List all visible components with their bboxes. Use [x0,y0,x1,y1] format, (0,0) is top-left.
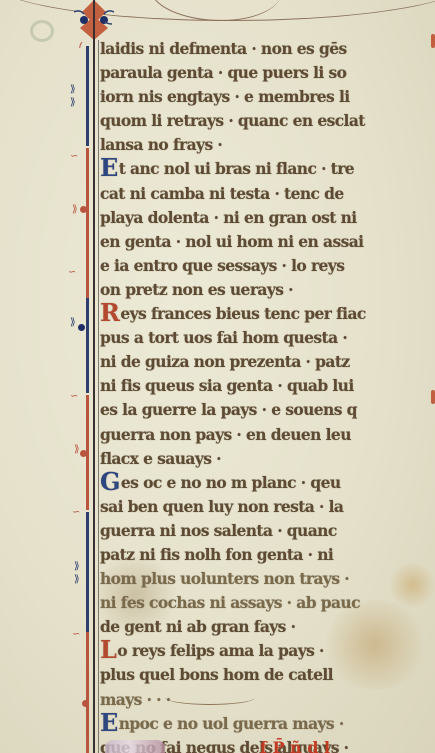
margin-spray-ornament: ⟫ [74,445,80,455]
text-line: sai ben quen luy non resta · la [100,495,400,519]
text-line: de gent ni ab gran fays · [100,615,400,639]
manuscript-text-block: laidis ni defmenta · non es gēs paraula … [100,37,400,753]
text-line: paraula genta · que puers li so [100,61,400,85]
text-line: lansa no frays · [100,133,400,157]
margin-spray-ornament: ⟫ [70,85,76,95]
text-line: hom plus uolunters non trays · [100,567,400,591]
text-line: ni de guiza non prezenta · patz [100,350,400,374]
margin-spray-ornament: ∽ [72,630,80,640]
text-line: playa dolenta · ni en gran ost ni [100,206,400,230]
right-margin-red-mark [431,34,435,48]
margin-rule-blue [86,512,89,632]
margin-spray-ornament: ⟫ [72,205,78,215]
text-line: pus a tort uos fai hom questa · [100,326,400,350]
text-line: Et anc nol ui bras ni flanc · tre [100,157,400,181]
margin-spray-ornament: ∽ [72,508,80,518]
margin-dot [82,700,89,707]
bottom-rubric-fragment: f P̄ ñ d l [260,738,330,753]
margin-dot [80,450,87,457]
decorated-initial: E [100,158,118,178]
text-line: patz ni fis nolh fon genta · ni [100,543,400,567]
text-line: en genta · nol ui hom ni en assai [100,230,400,254]
text-line: e ia entro que sessays · lo reys [100,254,400,278]
decorated-initial: R [100,303,119,323]
text-line: flacx e sauays · [100,447,400,471]
margin-rule-red [86,632,89,753]
margin-spray-ornament: ∽ [70,392,78,402]
text-line: plus quel bons hom de catell [100,663,400,687]
text-line: es la guerre la pays · e souens q [100,398,400,422]
faint-letter-o [30,20,54,42]
text-line: cat ni camba ni testa · tenc de [100,182,400,206]
margin-rule-red [86,148,89,298]
margin-dot [80,206,87,213]
margin-rule-dark [98,40,99,753]
bottom-illumination-fragment [105,740,165,753]
margin-spray-ornament: ∽ [70,152,78,162]
text-line: on pretz non es uerays · [100,278,400,302]
line-filler-flourish [165,690,255,705]
text-line: Enpoc e no uol guerra mays · [100,712,400,736]
text-line: Reys frances bieus tenc per fiac [100,302,400,326]
text-line: mays · · · [100,688,400,712]
text-line: ni fes cochas ni assays · ab pauc [100,591,400,615]
text-line: Ges oc e no no m planc · qeu [100,471,400,495]
margin-spray-ornament: ∽ [68,268,76,278]
margin-spray-ornament: ⟫ [70,318,76,328]
margin-spray-ornament: ⟫ [74,562,80,572]
text-line: Lo reys felips ama la pays · [100,639,400,663]
decorated-initial: G [100,472,120,492]
margin-spray-ornament: ⟫ [70,98,76,108]
margin-spray-ornament: ⟫ [74,575,80,585]
right-margin-red-mark [431,390,435,404]
decorated-initial: L [100,640,116,660]
margin-dot [78,324,85,331]
text-line: guerra non pays · en deuen leu [100,423,400,447]
margin-rule-dark [93,0,95,753]
margin-rule-blue [86,46,89,146]
text-line: quom li retrays · quanc en esclat [100,109,400,133]
text-line: laidis ni defmenta · non es gēs [100,37,400,61]
margin-rule-blue [86,298,89,393]
text-line: iorn nis engtays · e membres li [100,85,400,109]
decorated-initial: E [100,713,118,733]
text-line: guerra ni nos salenta · quanc [100,519,400,543]
text-line: ni fis queus sia genta · quab lui [100,374,400,398]
